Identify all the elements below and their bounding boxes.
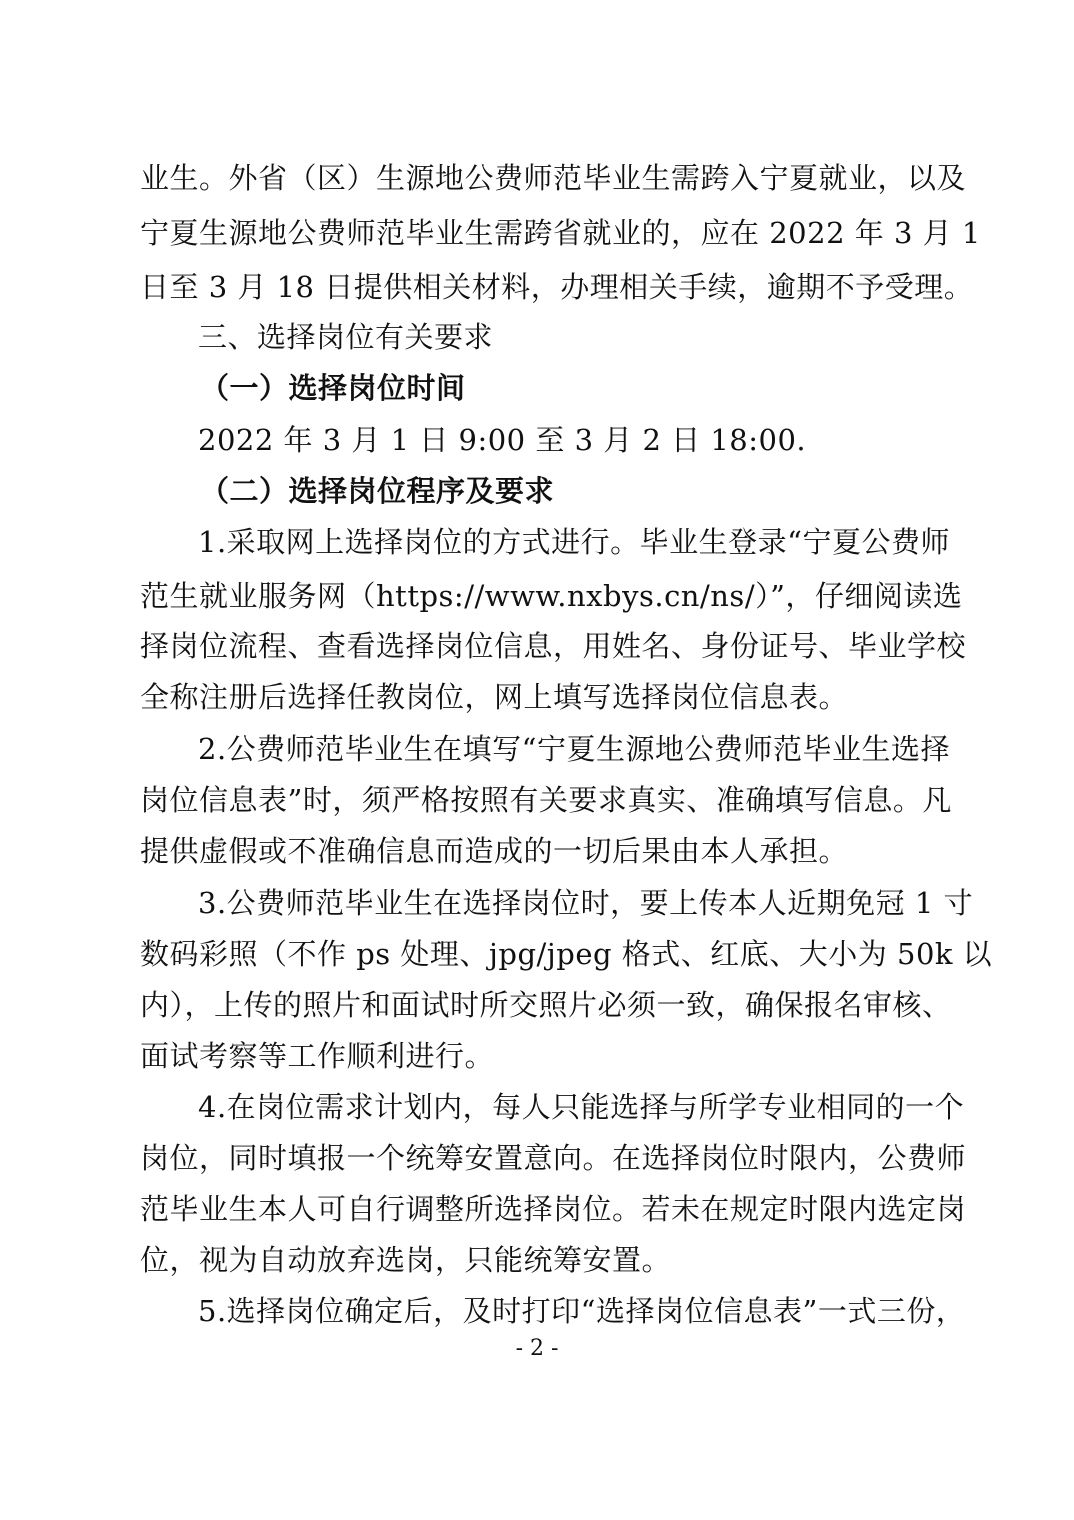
list-item-5-line: 5.选择岗位确定后，及时打印“选择岗位信息表”一式三份， [198, 1291, 940, 1331]
list-item-2-line: 2.公费师范毕业生在填写“宁夏生源地公费师范毕业生选择 [198, 729, 940, 769]
list-item-1-line: 范生就业服务网（https://www.nxbys.cn/ns/）”，仔细阅读选 [140, 576, 940, 616]
paragraph-line: 日至 3 月 18 日提供相关材料，办理相关手续，逾期不予受理。 [140, 267, 940, 307]
list-item-4-line: 岗位，同时填报一个统筹安置意向。在选择岗位时限内，公费师 [140, 1138, 940, 1178]
list-item-1-line: 择岗位流程、查看选择岗位信息，用姓名、身份证号、毕业学校 [140, 626, 940, 666]
list-item-2-line: 提供虚假或不准确信息而造成的一切后果由本人承担。 [140, 831, 940, 871]
list-item-4-line: 位，视为自动放弃选岗，只能统筹安置。 [140, 1240, 940, 1280]
list-item-2-line: 岗位信息表”时，须严格按照有关要求真实、准确填写信息。凡 [140, 780, 940, 820]
list-item-3-line: 3.公费师范毕业生在选择岗位时，要上传本人近期免冠 1 寸 [198, 883, 940, 923]
list-item-4-line: 范毕业生本人可自行调整所选择岗位。若未在规定时限内选定岗 [140, 1189, 940, 1229]
document-page: 业生。外省（区）生源地公费师范毕业生需跨入宁夏就业，以及 宁夏生源地公费师范毕业… [0, 0, 1074, 1520]
paragraph-line: 业生。外省（区）生源地公费师范毕业生需跨入宁夏就业，以及 [140, 158, 940, 198]
date-range-text: 2022 年 3 月 1 日 9:00 至 3 月 2 日 18:00. [198, 420, 940, 460]
list-item-3-line: 数码彩照（不作 ps 处理、jpg/jpeg 格式、红底、大小为 50k 以 [140, 934, 940, 974]
list-item-1-line: 1.采取网上选择岗位的方式进行。毕业生登录“宁夏公费师 [198, 522, 940, 562]
subsection-heading: （一）选择岗位时间 [200, 368, 1000, 408]
list-item-3-line: 内），上传的照片和面试时所交照片必须一致，确保报名审核、 [140, 985, 940, 1025]
list-item-1-line: 全称注册后选择任教岗位，网上填写选择岗位信息表。 [140, 677, 940, 717]
list-item-3-line: 面试考察等工作顺利进行。 [140, 1036, 940, 1076]
section-heading: 三、选择岗位有关要求 [198, 317, 940, 357]
list-item-4-line: 4.在岗位需求计划内，每人只能选择与所学专业相同的一个 [198, 1087, 940, 1127]
subsection-heading: （二）选择岗位程序及要求 [200, 471, 1000, 511]
paragraph-line: 宁夏生源地公费师范毕业生需跨省就业的，应在 2022 年 3 月 1 [140, 213, 940, 253]
page-number: - 2 - [0, 1334, 1074, 1364]
